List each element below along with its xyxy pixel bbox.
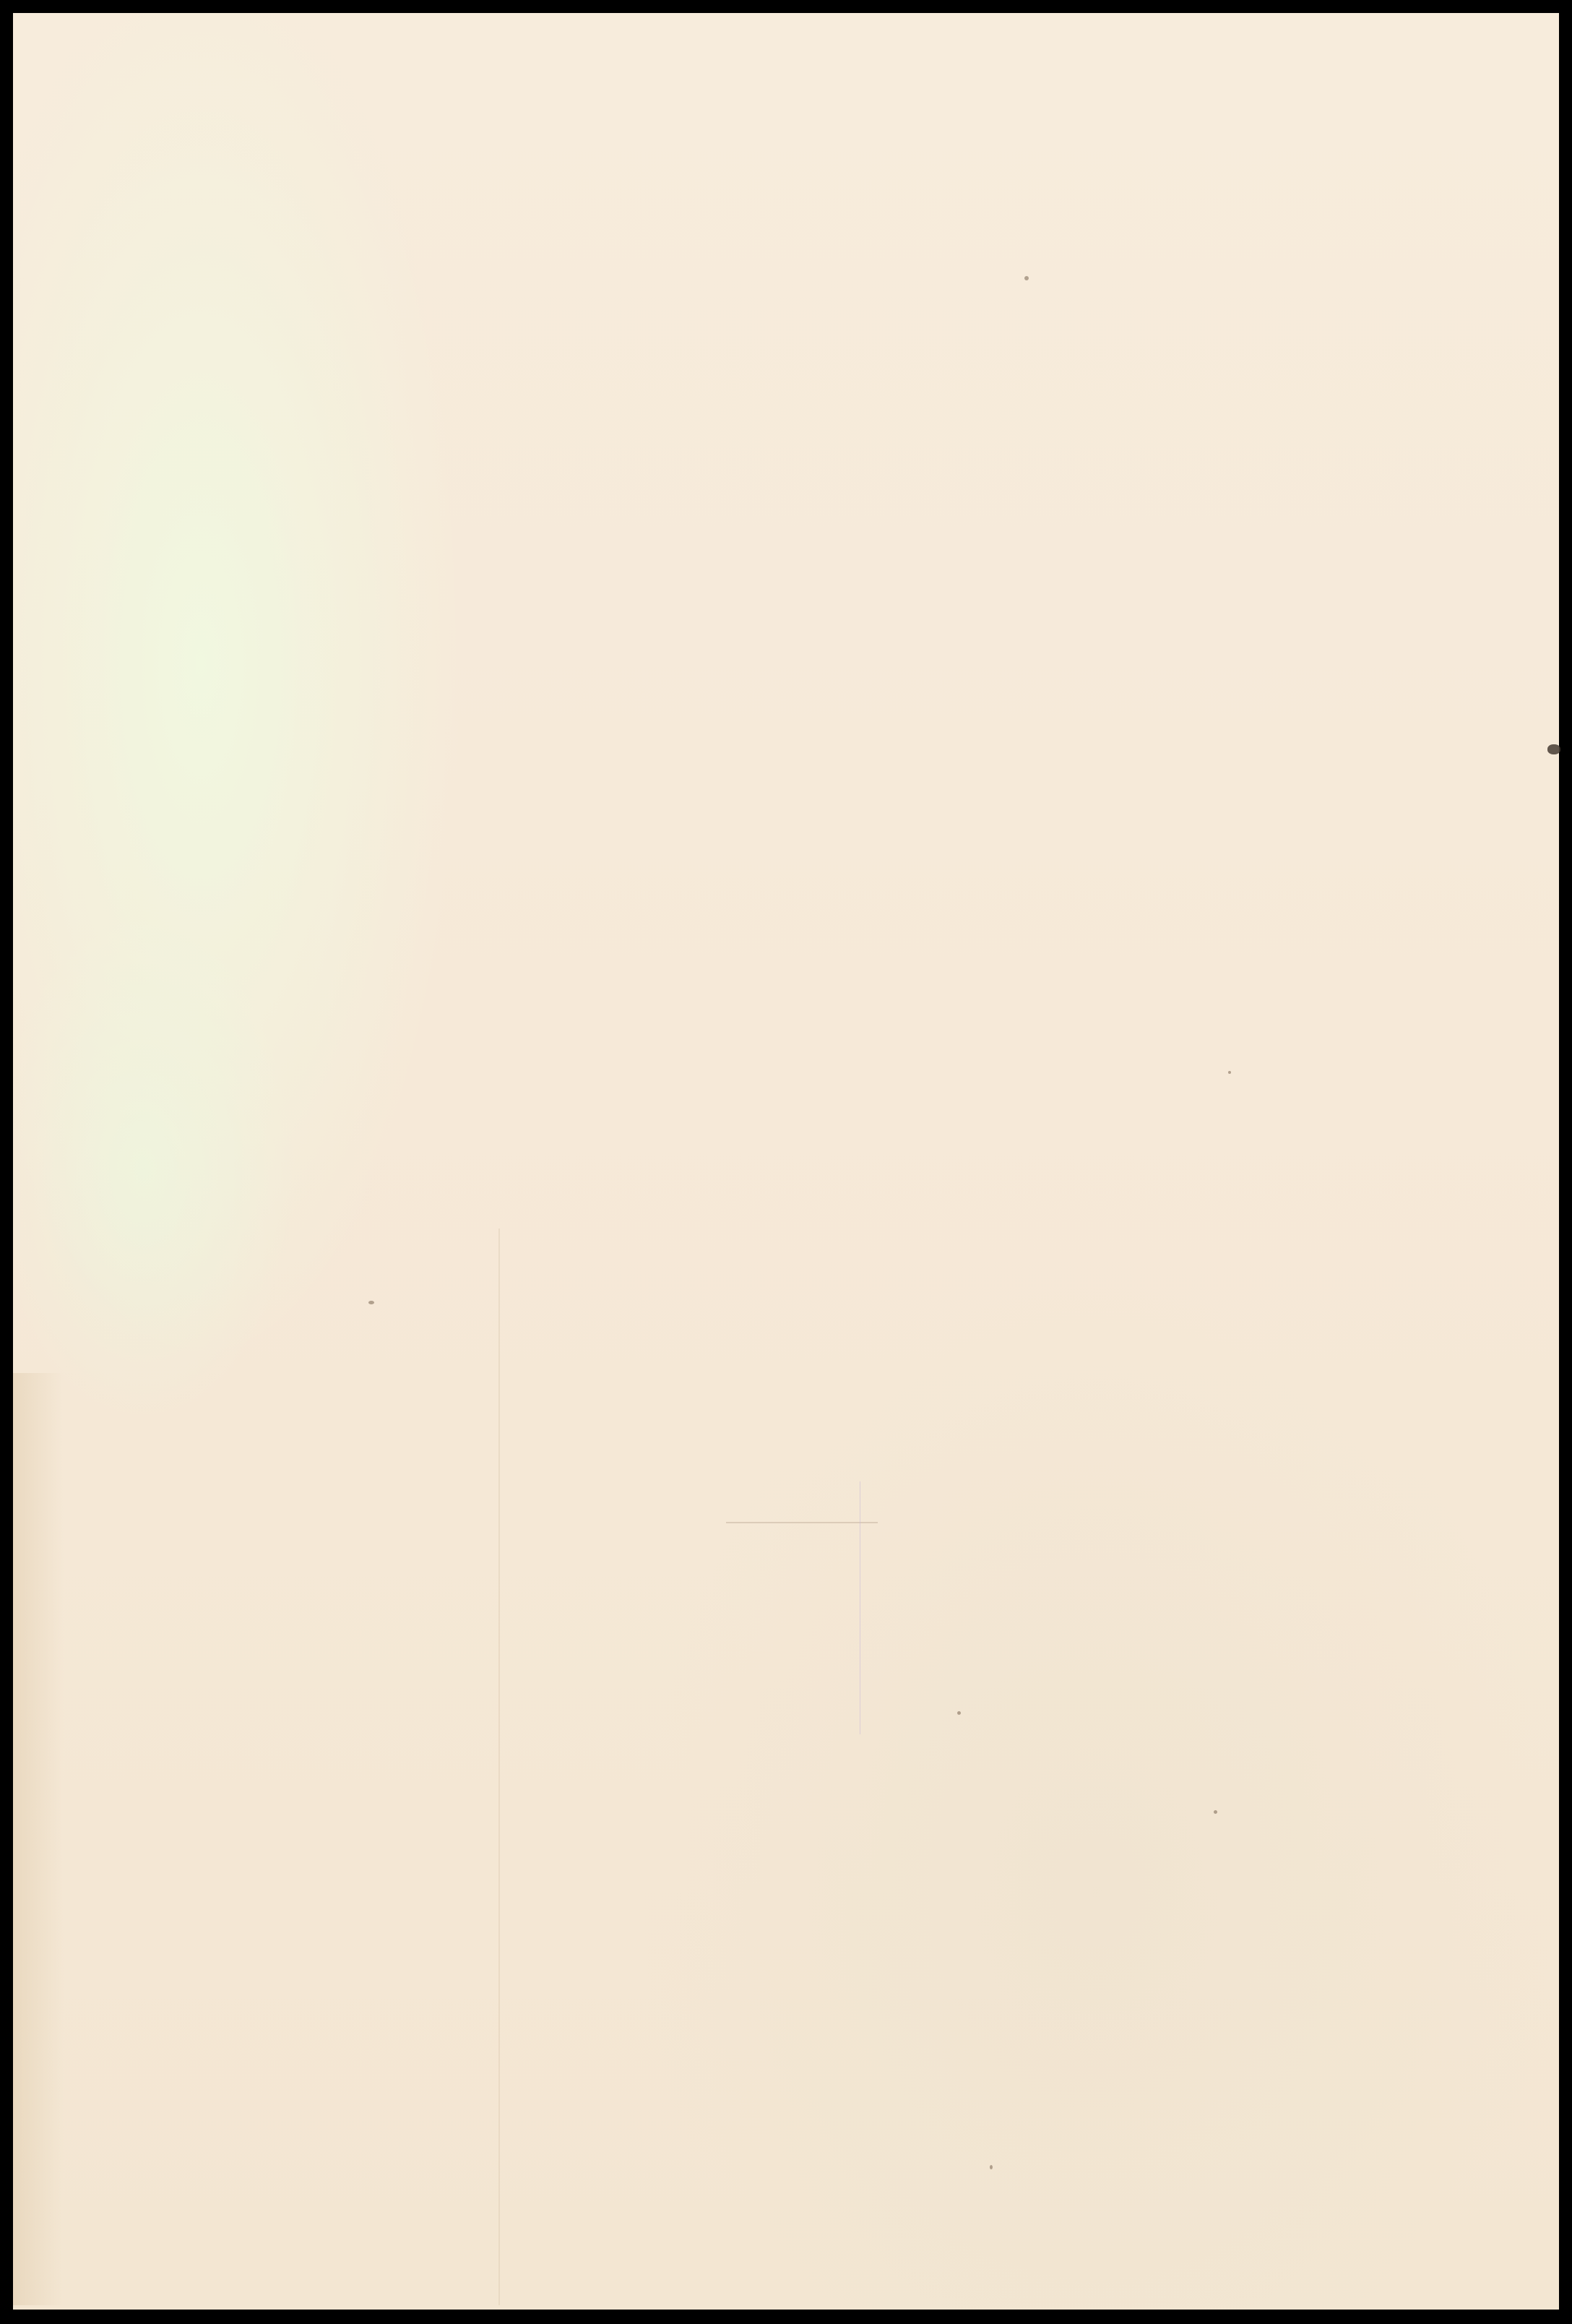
- paper-fold-line: [498, 1228, 500, 2305]
- blank-paper-page: [13, 13, 1559, 2310]
- paper-speck: [1547, 744, 1560, 754]
- paper-edge-shading: [13, 1373, 64, 2305]
- paper-speck: [957, 1711, 961, 1715]
- paper-speck: [1214, 1810, 1217, 1814]
- paper-speck: [1228, 1071, 1231, 1074]
- faint-vertical-mark: [860, 1481, 860, 1734]
- faint-horizontal-mark: [726, 1522, 878, 1523]
- paper-speck: [368, 1301, 374, 1304]
- paper-speck: [1024, 276, 1029, 280]
- paper-speck: [990, 2165, 993, 2169]
